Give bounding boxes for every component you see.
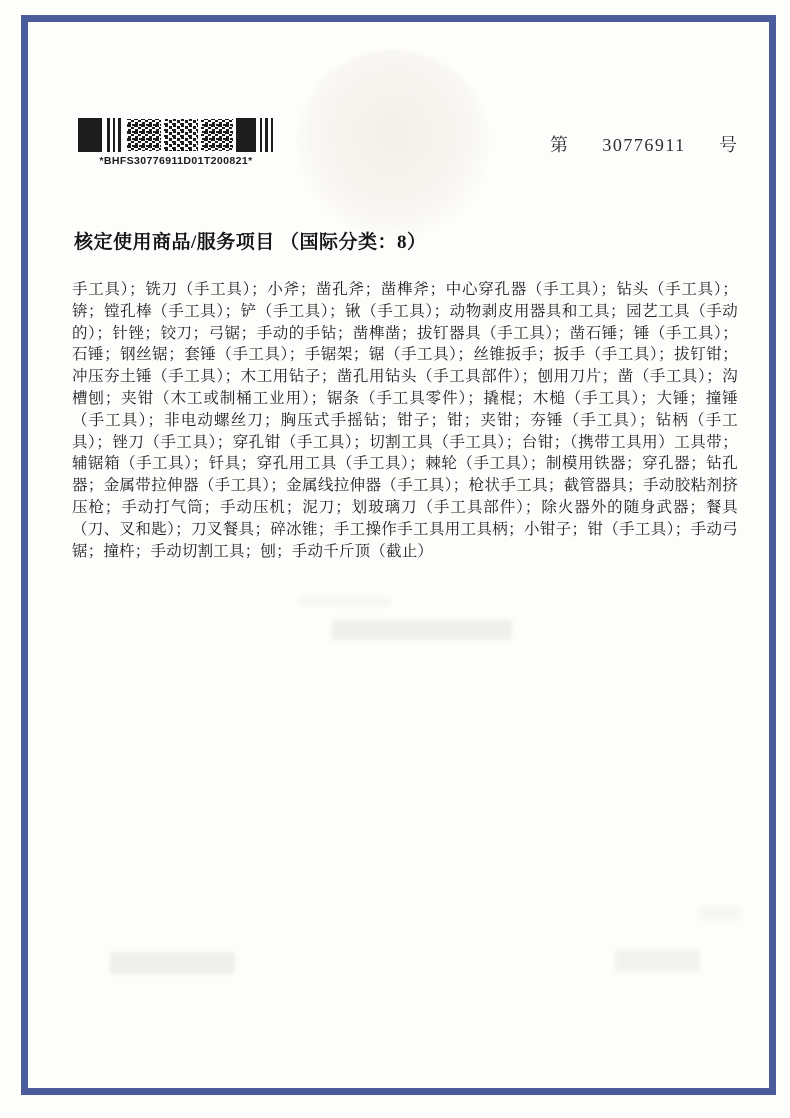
ink-showthrough: [332, 620, 512, 640]
barcode-image: [78, 117, 274, 154]
certificate-page: { "colors": { "frame_blue": "#4a5c9b", "…: [0, 0, 790, 1118]
goods-services-text: 手工具）；铣刀（手工具）；小斧；凿孔斧；凿榫斧；中心穿孔器（手工具）；钻头（手工…: [72, 279, 738, 562]
certificate-number-suffix: 号: [719, 131, 738, 157]
certificate-number: 第 30776911 号: [550, 131, 738, 157]
barcode: *BHFS30776911D01T200821*: [78, 117, 274, 167]
ink-showthrough: [300, 598, 390, 606]
barcode-label: *BHFS30776911D01T200821*: [78, 155, 274, 167]
ink-showthrough: [110, 952, 235, 974]
ink-showthrough: [700, 906, 740, 920]
certificate-number-value: 30776911: [602, 135, 685, 156]
certificate-number-prefix: 第: [550, 131, 569, 157]
section-title: 核定使用商品/服务项目 （国际分类：8）: [74, 227, 427, 254]
ink-showthrough: [615, 950, 700, 972]
emblem-showthrough: [296, 50, 490, 238]
